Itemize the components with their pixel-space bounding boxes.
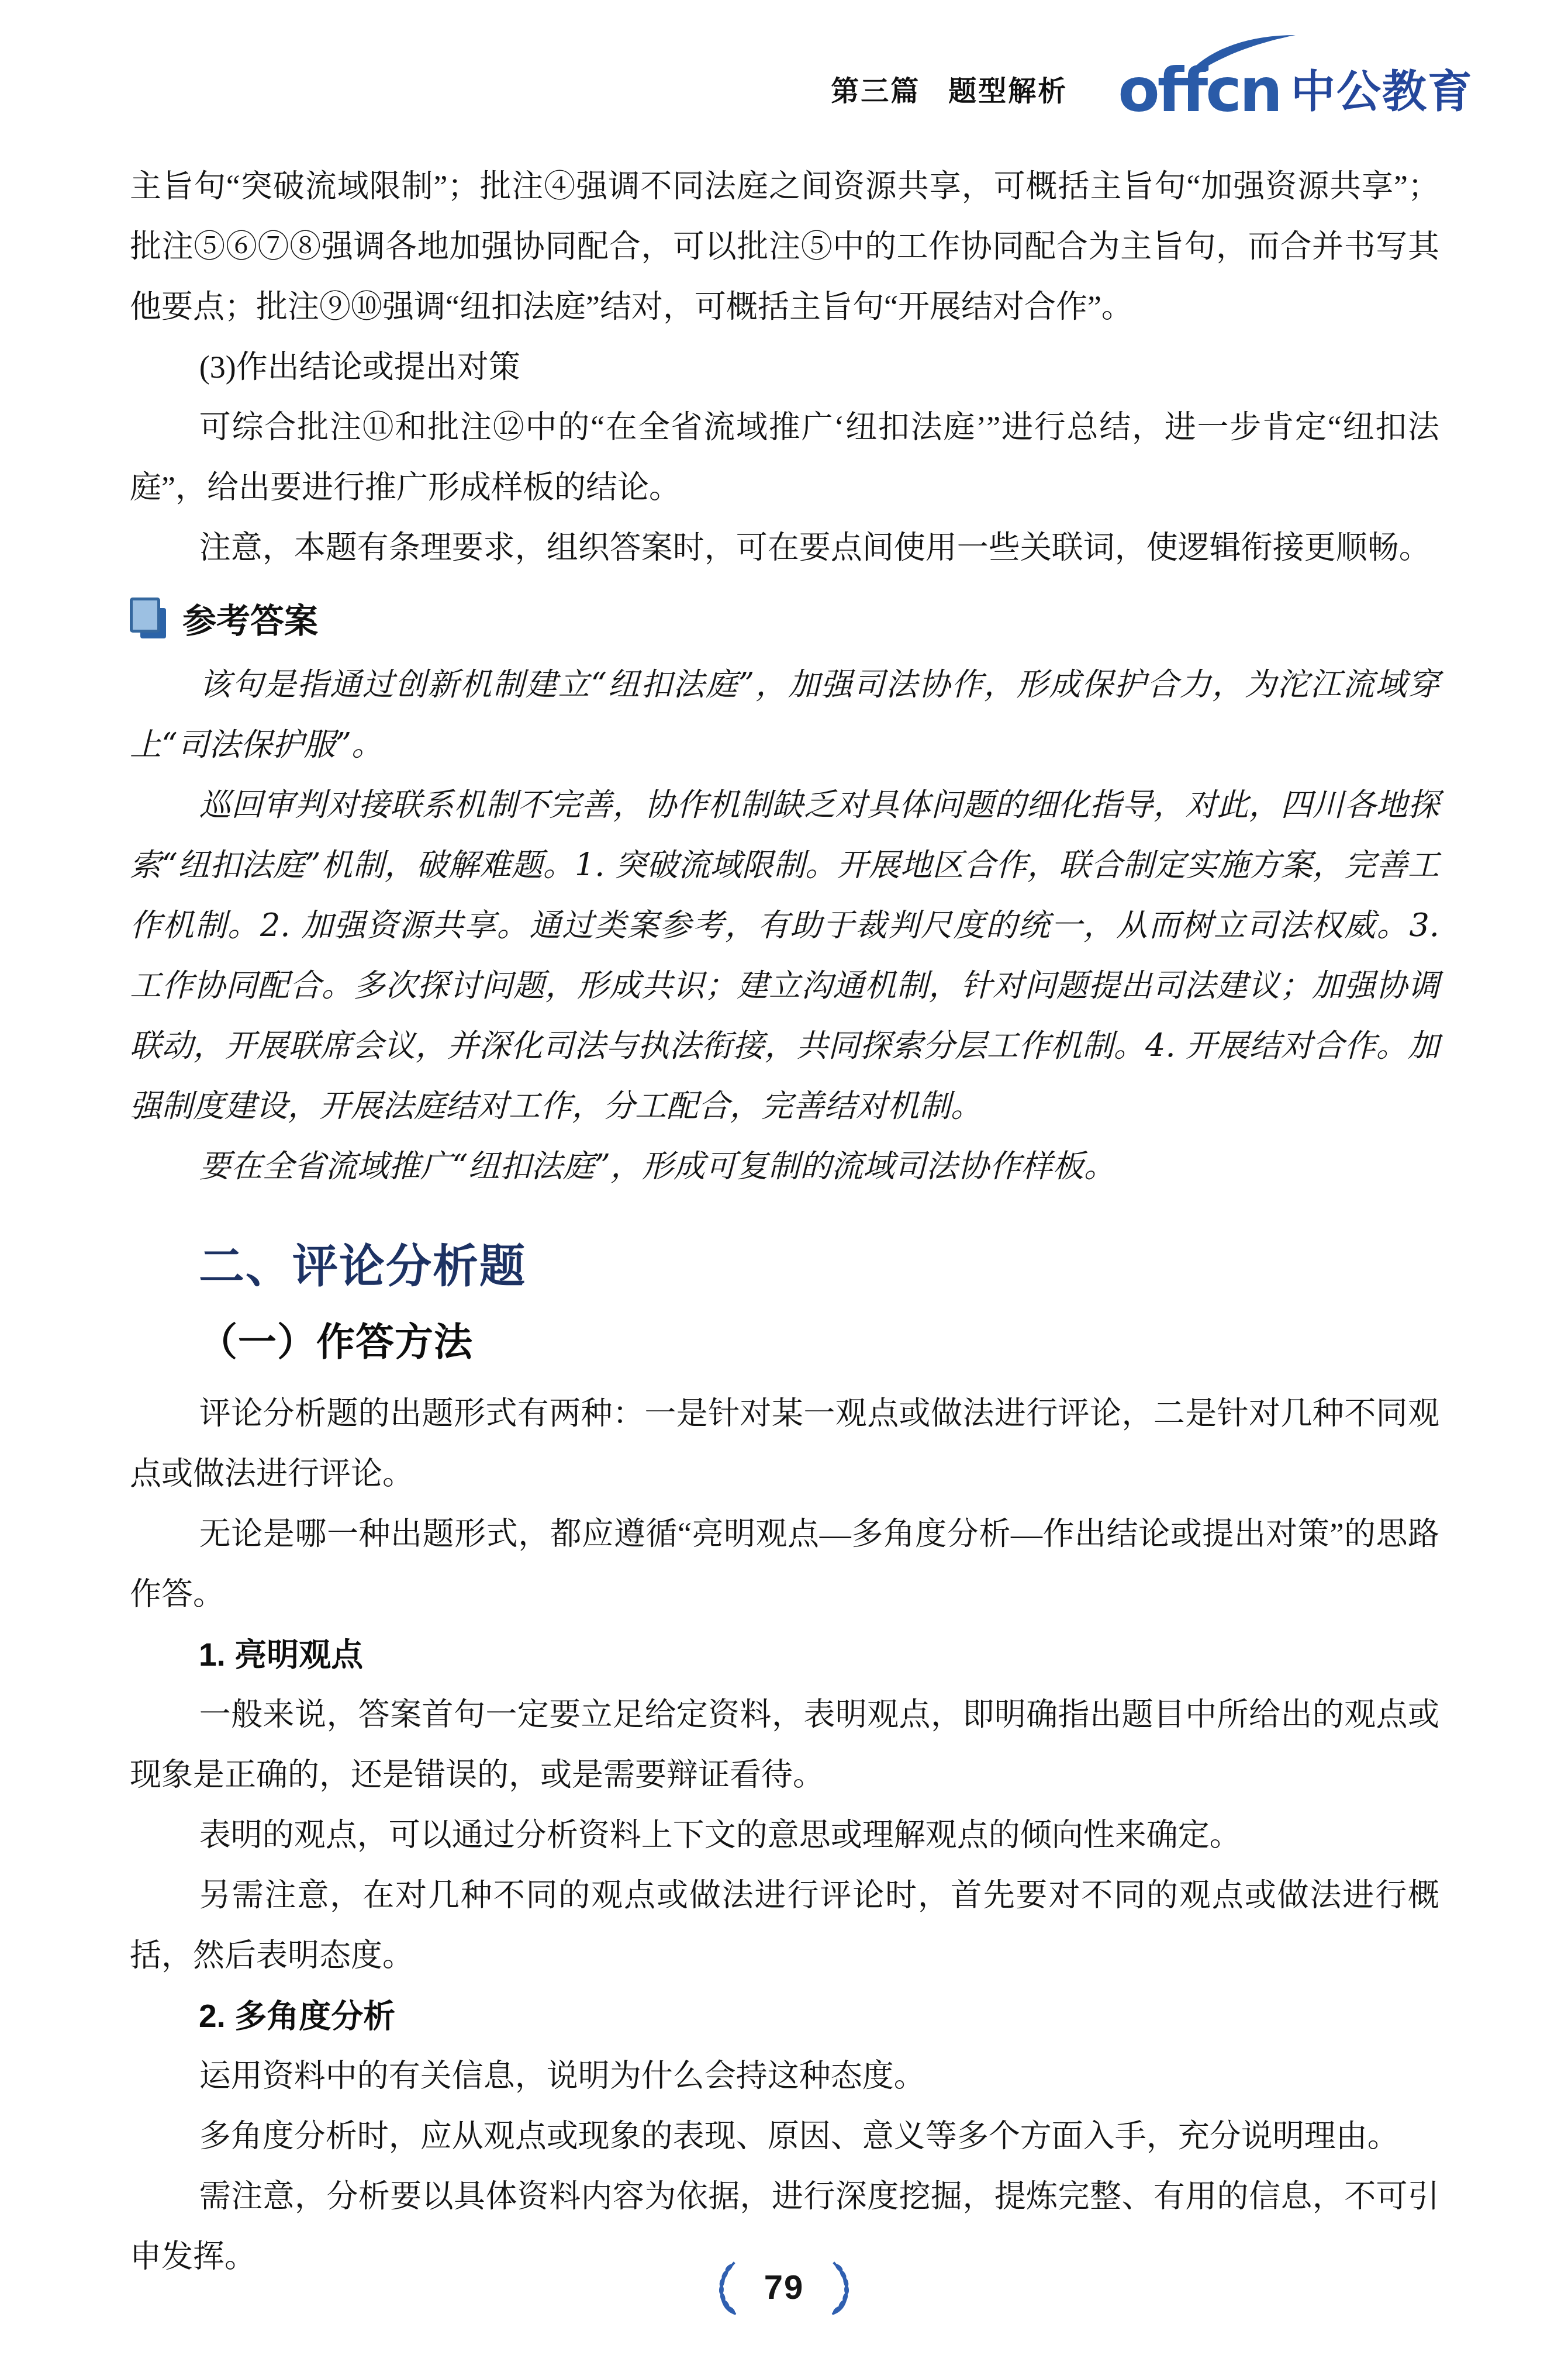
numbered-subhead-1: 1. 亮明观点 xyxy=(130,1625,1439,1685)
running-head: 第三篇 题型解析 xyxy=(831,68,1068,112)
reference-answer-heading: 参考答案 xyxy=(130,590,1439,646)
answer-pages-icon xyxy=(130,598,166,638)
offcn-logo-cn: 中公教育 xyxy=(1291,70,1473,118)
reference-answer-label: 参考答案 xyxy=(182,593,318,643)
body-paragraph: 多角度分析时，应从观点或现象的表现、原因、意义等多个方面入手，充分说明理由。 xyxy=(130,2106,1439,2167)
laurel-right-icon xyxy=(831,2259,854,2315)
step3-label-paragraph: (3)作出结论或提出对策 xyxy=(130,337,1439,398)
answer-paragraph-1: 该句是指通过创新机制建立“纽扣法庭”，加强司法协作，形成保护合力，为沱江流域穿上… xyxy=(130,654,1439,775)
section-title: 题型解析 xyxy=(948,68,1068,109)
offcn-logo-latin: offcn xyxy=(1118,63,1280,118)
note-paragraph: 注意，本题有条理要求，组织答案时，可在要点间使用一些关联词，使逻辑衔接更顺畅。 xyxy=(130,518,1439,578)
body-paragraph: 运用资料中的有关信息，说明为什么会持这种态度。 xyxy=(130,2046,1439,2106)
page-header: 第三篇 题型解析 offcn 中公教育 xyxy=(0,63,1473,118)
body-paragraph: 一般来说，答案首句一定要立足给定资料，表明观点，即明确指出题目中所给出的观点或现… xyxy=(130,1685,1439,1805)
offcn-logo: offcn 中公教育 xyxy=(1118,63,1473,118)
body-paragraph: 无论是哪一种出题形式，都应遵循“亮明观点—多角度分析—作出结论或提出对策”的思路… xyxy=(130,1504,1439,1625)
body-paragraph-continuation: 主旨句“突破流域限制”；批注④强调不同法庭之间资源共享，可概括主旨句“加强资源共… xyxy=(130,157,1439,337)
page-number: 79 xyxy=(764,2268,804,2307)
subsection-heading-answer-method: （一）作答方法 xyxy=(130,1311,1439,1366)
book-page: 第三篇 题型解析 offcn 中公教育 主旨句“突破流域限制”；批注④强调不同法… xyxy=(0,0,1568,2369)
body-paragraph: 可综合批注⑪和批注⑫中的“在全省流域推广‘纽扣法庭’”进行总结，进一步肯定“纽扣… xyxy=(130,398,1439,518)
laurel-left-icon xyxy=(714,2259,737,2315)
section-label: 第三篇 xyxy=(831,68,920,109)
numbered-subhead-2: 2. 多角度分析 xyxy=(130,1986,1439,2046)
answer-paragraph-3: 要在全省流域推广“纽扣法庭”，形成可复制的流域司法协作样板。 xyxy=(130,1136,1439,1196)
answer-paragraph-2: 巡回审判对接联系机制不完善，协作机制缺乏对具体问题的细化指导，对此，四川各地探索… xyxy=(130,775,1439,1136)
body-paragraph: 评论分析题的出题形式有两种：一是针对某一观点或做法进行评论，二是针对几种不同观点… xyxy=(130,1384,1439,1504)
body-paragraph: 表明的观点，可以通过分析资料上下文的意思或理解观点的倾向性来确定。 xyxy=(130,1805,1439,1866)
logo-swoosh-icon xyxy=(1187,33,1298,74)
section-heading-comment-analysis: 二、评论分析题 xyxy=(130,1230,1439,1296)
body-paragraph: 另需注意，在对几种不同的观点或做法进行评论时，首先要对不同的观点或做法进行概括，… xyxy=(130,1866,1439,1986)
page-footer: 79 xyxy=(0,2259,1568,2315)
page-body: 主旨句“突破流域限制”；批注④强调不同法庭之间资源共享，可概括主旨句“加强资源共… xyxy=(130,157,1439,2287)
